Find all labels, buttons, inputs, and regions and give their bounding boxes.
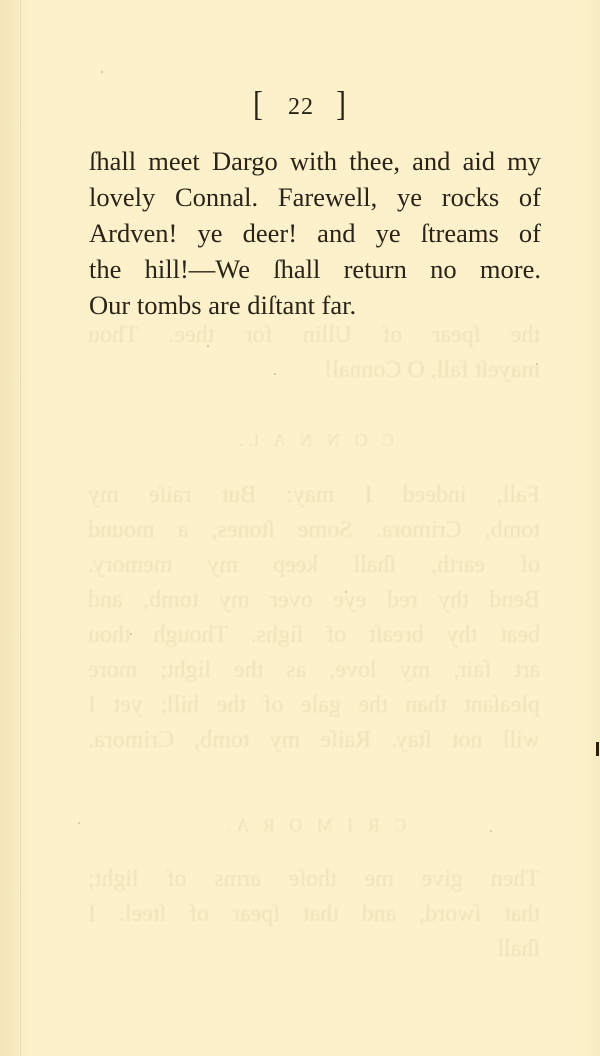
page-header: [22] [0,88,600,122]
edge-ink-mark [596,742,599,756]
page-number: 22 [288,94,314,121]
text-line: Ardven! ye deer! and ye ſtreams of [89,215,541,251]
text-line: Our tombs are diſtant far. [89,287,541,323]
bleed-through-heading-1: C O N N A L. [88,423,540,458]
book-page: the ſpear of Ullin for thee. Thou mayeſt… [0,0,600,1056]
bleed-through-block-1: the ſpear of Ullin for thee. Thou mayeſt… [88,318,540,388]
bleed-through-heading-2: C R I M O R A. [88,808,540,843]
text-line: lovely Connal. Farewell, ye rocks of [89,179,541,215]
body-text: ſhall meet Dargo with thee, and aid my l… [89,143,541,323]
text-line: ſhall meet Dargo with thee, and aid my [89,143,541,179]
bleed-through-block-3: Then give me thoſe arms of light; that ſ… [88,862,540,967]
bleed-through-block-2: Fall, indeed I may: But raiſe my tomb, C… [88,478,540,758]
open-bracket: [ [253,85,264,124]
page-fold-line [20,0,21,1056]
close-bracket: ] [336,85,347,124]
text-line: the hill!—We ſhall return no more. [89,251,541,287]
